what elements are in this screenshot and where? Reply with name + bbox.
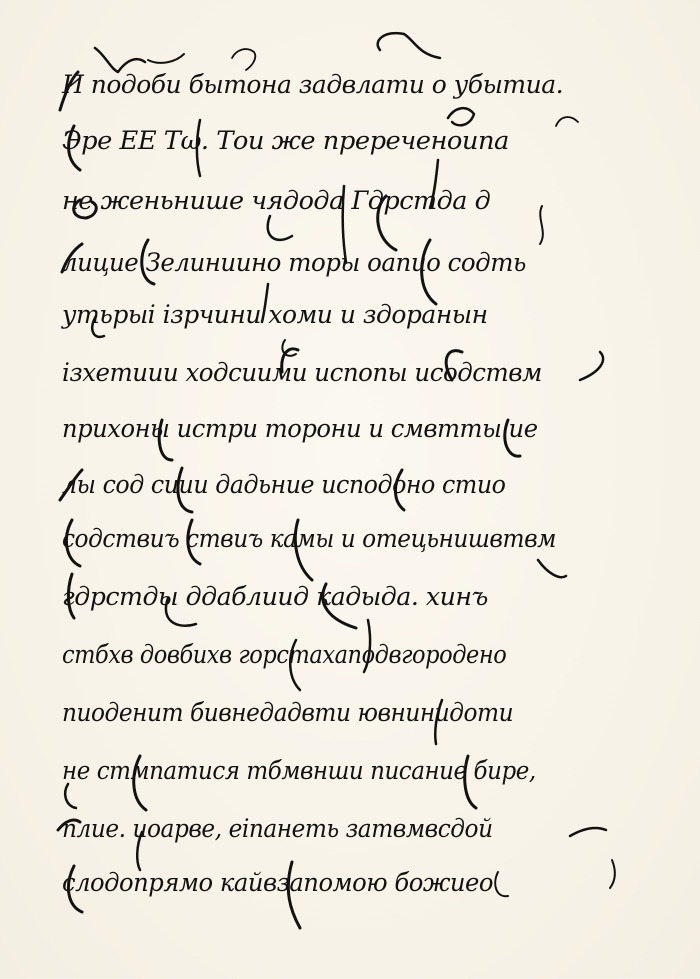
manuscript-line-15: слодопрямо кайвзапомою божиео [62, 868, 493, 897]
manuscript-line-2: Эре ЕЕ Тω. Тои же пререченоипа [62, 126, 509, 155]
manuscript-line-10: гдрстды ддаблиид кадыда. хинъ [62, 582, 488, 611]
manuscript-line-12: пиоденит бивнедадвти ювнинидоти [62, 698, 513, 727]
manuscript-line-3: не женьнише чядода Гдрстда д [62, 186, 490, 215]
manuscript-line-14: плие. иоарве, еіпанеть затвмвсдой [62, 814, 493, 843]
manuscript-line-7: прихоны истри торони и смвтты ие [62, 414, 538, 443]
manuscript-line-5: утьрыі ізрчини хоми и здоранын [62, 300, 488, 329]
manuscript-line-9: содствиъ ствиъ камы и отецьнишвтвм [62, 524, 556, 553]
manuscript-line-4: лицие Зелиниино торы оапио содть [62, 248, 526, 277]
manuscript-line-6: ізхетиии ходсиими испопы исодствм [62, 358, 542, 387]
manuscript-line-1: И подоби бытона задвлати о убытиа. [62, 70, 563, 99]
manuscript-line-13: не стмпатися тбмвнши писание бире, [62, 756, 536, 785]
manuscript-line-11: стбхв довбихв горстахаподвгородено [62, 640, 506, 669]
manuscript-page: И подоби бытона задвлати о убытиа. Эре Е… [0, 0, 700, 979]
manuscript-line-8: лы сод сиии дадьние исподоно стио [62, 470, 505, 499]
